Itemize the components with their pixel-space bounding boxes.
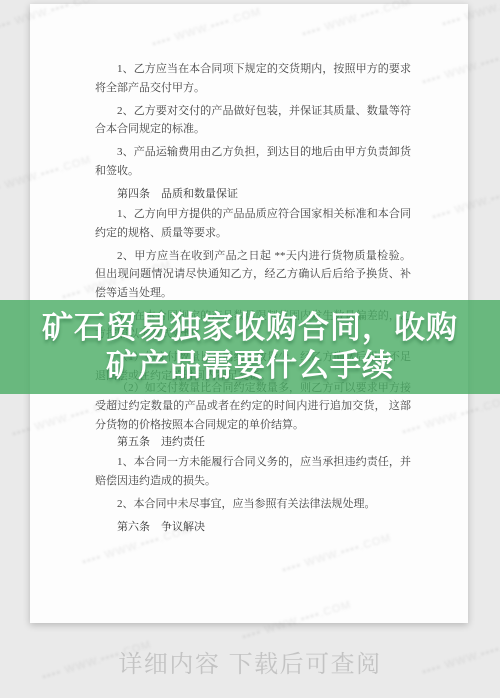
banner-title-line1: 矿石贸易独家收购合同，收购	[42, 309, 458, 347]
document-preview: ▪▪▪▪ WWW.▪▪▪▪.COM▪▪▪▪ WWW.▪▪▪▪.COM▪▪▪▪ W…	[0, 0, 500, 698]
contract-section-heading: 第六条 争议解决	[95, 518, 411, 537]
contract-paragraph: 1、乙方应当在本合同项下规定的交货期内，按照甲方的要求将全部产品交付甲方。	[95, 60, 411, 97]
contract-section-heading: 第四条 品质和数量保证	[95, 185, 411, 204]
contract-paragraph: 2、甲方应当在收到产品之日起 **天内进行货物质量检验。但出现问题情况请尽快通知…	[95, 247, 411, 303]
contract-paragraph: 1、本合同一方未能履行合同义务的，应当承担违约责任，并赔偿因违约造成的损失。	[95, 453, 411, 490]
contract-paragraph: 2、本合同中未尽事宜，应当参照有关法律法规处理。	[95, 495, 411, 514]
title-banner: 矿石贸易独家收购合同，收购 矿产品需要什么手续	[0, 300, 500, 394]
contract-text: 1、乙方应当在本合同项下规定的交货期内，按照甲方的要求将全部产品交付甲方。2、乙…	[95, 60, 411, 538]
contract-section-heading: 第五条 违约责任	[95, 433, 411, 452]
download-hint-caption: 详细内容 下载后可查阅	[0, 650, 500, 680]
contract-paragraph: 2、乙方要对交付的产品做好包装，并保证其质量、数量等符合本合同规定的标准。	[95, 102, 411, 139]
contract-paragraph: 1、乙方向甲方提供的产品品质应符合国家相关标准和本合同约定的规格、质量等要求。	[95, 205, 411, 242]
banner-title-line2: 矿产品需要什么手续	[106, 347, 394, 385]
contract-paragraph: 3、产品运输费用由乙方负担，到达目的地后由甲方负责卸货和签收。	[95, 143, 411, 180]
